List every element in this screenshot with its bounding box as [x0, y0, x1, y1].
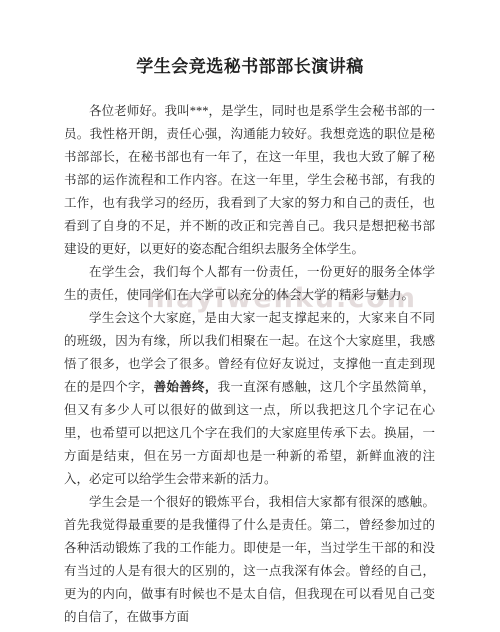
- paragraph: 学生会是一个很好的锻炼平台，我相信大家都有很深的感触。首先我觉得最重要的是我懂得…: [64, 491, 435, 629]
- document-body: 各位老师好。我叫***，是学生，同时也是系学生会秘书部的一员。我性格开朗，责任心…: [64, 100, 435, 629]
- paragraph: 各位老师好。我叫***，是学生，同时也是系学生会秘书部的一员。我性格开朗，责任心…: [64, 100, 435, 261]
- bold-text-run: 善始善终，: [154, 380, 218, 394]
- paragraph: 在学生会，我们每个人都有一份责任，一份更好的服务全体学生的责任，使同学们在大学可…: [64, 261, 435, 307]
- text-run: 在学生会，我们每个人都有一份责任，一份更好的服务全体学生的责任，使同学们在大学可…: [64, 265, 435, 302]
- document-title: 学生会竞选秘书部部长演讲稿: [0, 0, 500, 77]
- document-page: mayiwenku.com 学生会竞选秘书部部长演讲稿 各位老师好。我叫***，…: [0, 0, 500, 632]
- text-run: 我一直深有感触，这几个字虽然简单，但又有多少人可以很好的做到这一点，所以我把这几…: [64, 380, 435, 486]
- paragraph: 学生会这个大家庭，是由大家一起支撑起来的，大家来自不同的班级，因为有缘，所以我们…: [64, 307, 435, 491]
- text-run: 学生会是一个很好的锻炼平台，我相信大家都有很深的感触。首先我觉得最重要的是我懂得…: [64, 495, 435, 624]
- text-run: 各位老师好。我叫***，是学生，同时也是系学生会秘书部的一员。我性格开朗，责任心…: [64, 104, 435, 256]
